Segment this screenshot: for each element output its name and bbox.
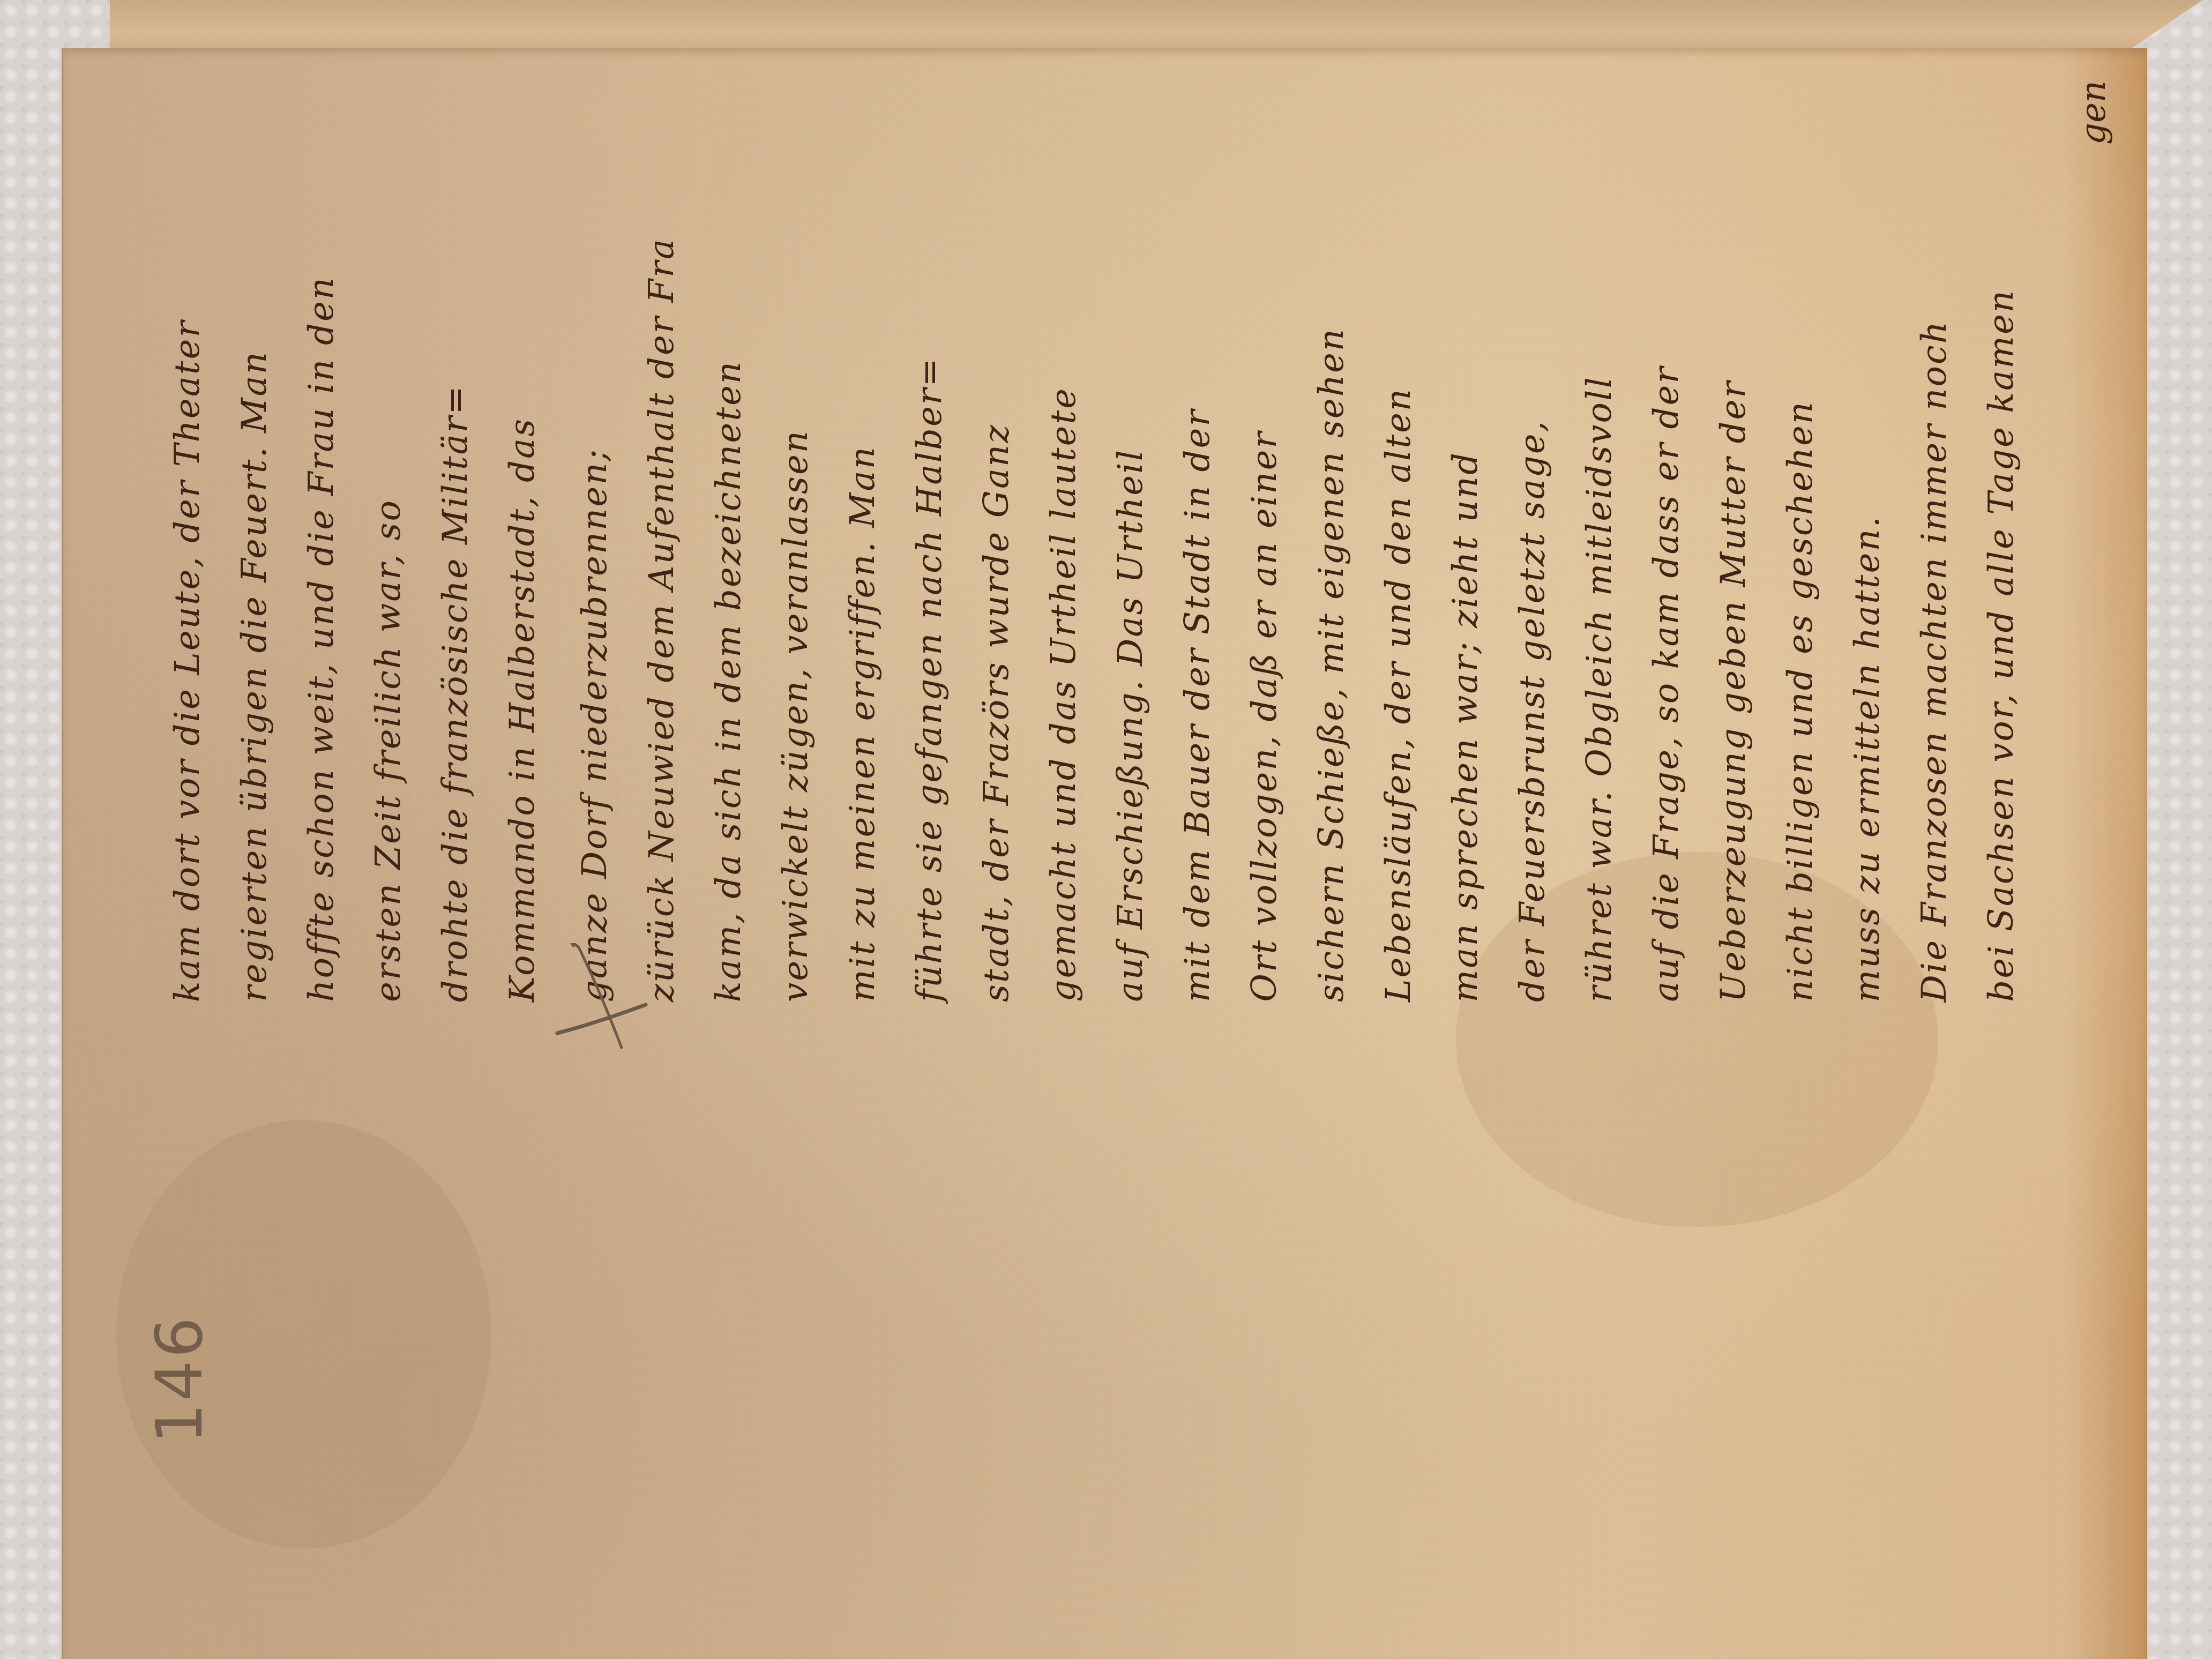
text-line: führte sie gefangen nach Halber= xyxy=(898,59,962,1002)
text-line: auf die Frage, so kam dass er der xyxy=(1634,59,1699,1002)
catchword: gen xyxy=(2074,80,2113,145)
text-line: sichern Schieße, mit eigenen sehen xyxy=(1299,59,1364,1002)
facing-page-edge xyxy=(110,0,2202,50)
text-line: ganze Dorf niederzubrennen; xyxy=(563,59,627,1002)
text-line: hoffte schon weit, und die Frau in den xyxy=(289,59,354,1002)
text-line: ersten Zeit freilich war, so xyxy=(356,59,421,1002)
text-line: verwickelt zügen, veranlassen xyxy=(764,59,828,1002)
text-line: Ort vollzogen, daß er an einer xyxy=(1232,59,1297,1002)
text-line: auf Erschießung. Das Urtheil xyxy=(1098,59,1163,1002)
page-number: 146 xyxy=(143,1315,217,1444)
text-line: Lebensläufen, der und den alten xyxy=(1366,59,1431,1002)
text-line: bei Sachsen vor, und alle Tage kamen xyxy=(1969,59,2034,1002)
text-line: rühret war. Obgleich mitleidsvoll xyxy=(1567,59,1632,1002)
text-line: Die Franzosen machten immer noch xyxy=(1902,59,1967,1002)
text-line: stadt, der Frazörs wurde Ganz xyxy=(965,59,1029,1002)
text-line: drohte die französische Militär= xyxy=(423,59,488,1002)
text-line: mit zu meinen ergriffen. Man xyxy=(831,59,895,1002)
text-line: gemacht und das Urtheil lautete xyxy=(1032,59,1096,1002)
text-line: kam dort vor die Leute, der Theater xyxy=(155,59,220,1002)
text-line: zürück Neuwied dem Aufenthalt der Fra xyxy=(630,59,694,1002)
text-line: der Feuersbrunst geletzt sage, xyxy=(1500,59,1565,1002)
text-line: regierten übrigen die Feuert. Man xyxy=(222,59,287,1002)
text-line: mit dem Bauer der Stadt in der xyxy=(1165,59,1230,1002)
text-line: Kommando in Halberstadt, das xyxy=(490,59,555,1002)
text-line: Ueberzeugung geben Mutter der xyxy=(1701,59,1766,1002)
handwritten-text-block: kam dort vor die Leute, der Theater regi… xyxy=(155,59,2004,1023)
text-line: nicht billigen und es geschehen xyxy=(1768,59,1833,1002)
text-line: man sprechen war; zieht und xyxy=(1433,59,1498,1002)
pencil-x-mark-icon xyxy=(530,943,648,1050)
text-line: muss zu ermitteln hatten. xyxy=(1835,59,1900,1002)
text-line: kam, da sich in dem bezeichneten xyxy=(697,59,761,1002)
